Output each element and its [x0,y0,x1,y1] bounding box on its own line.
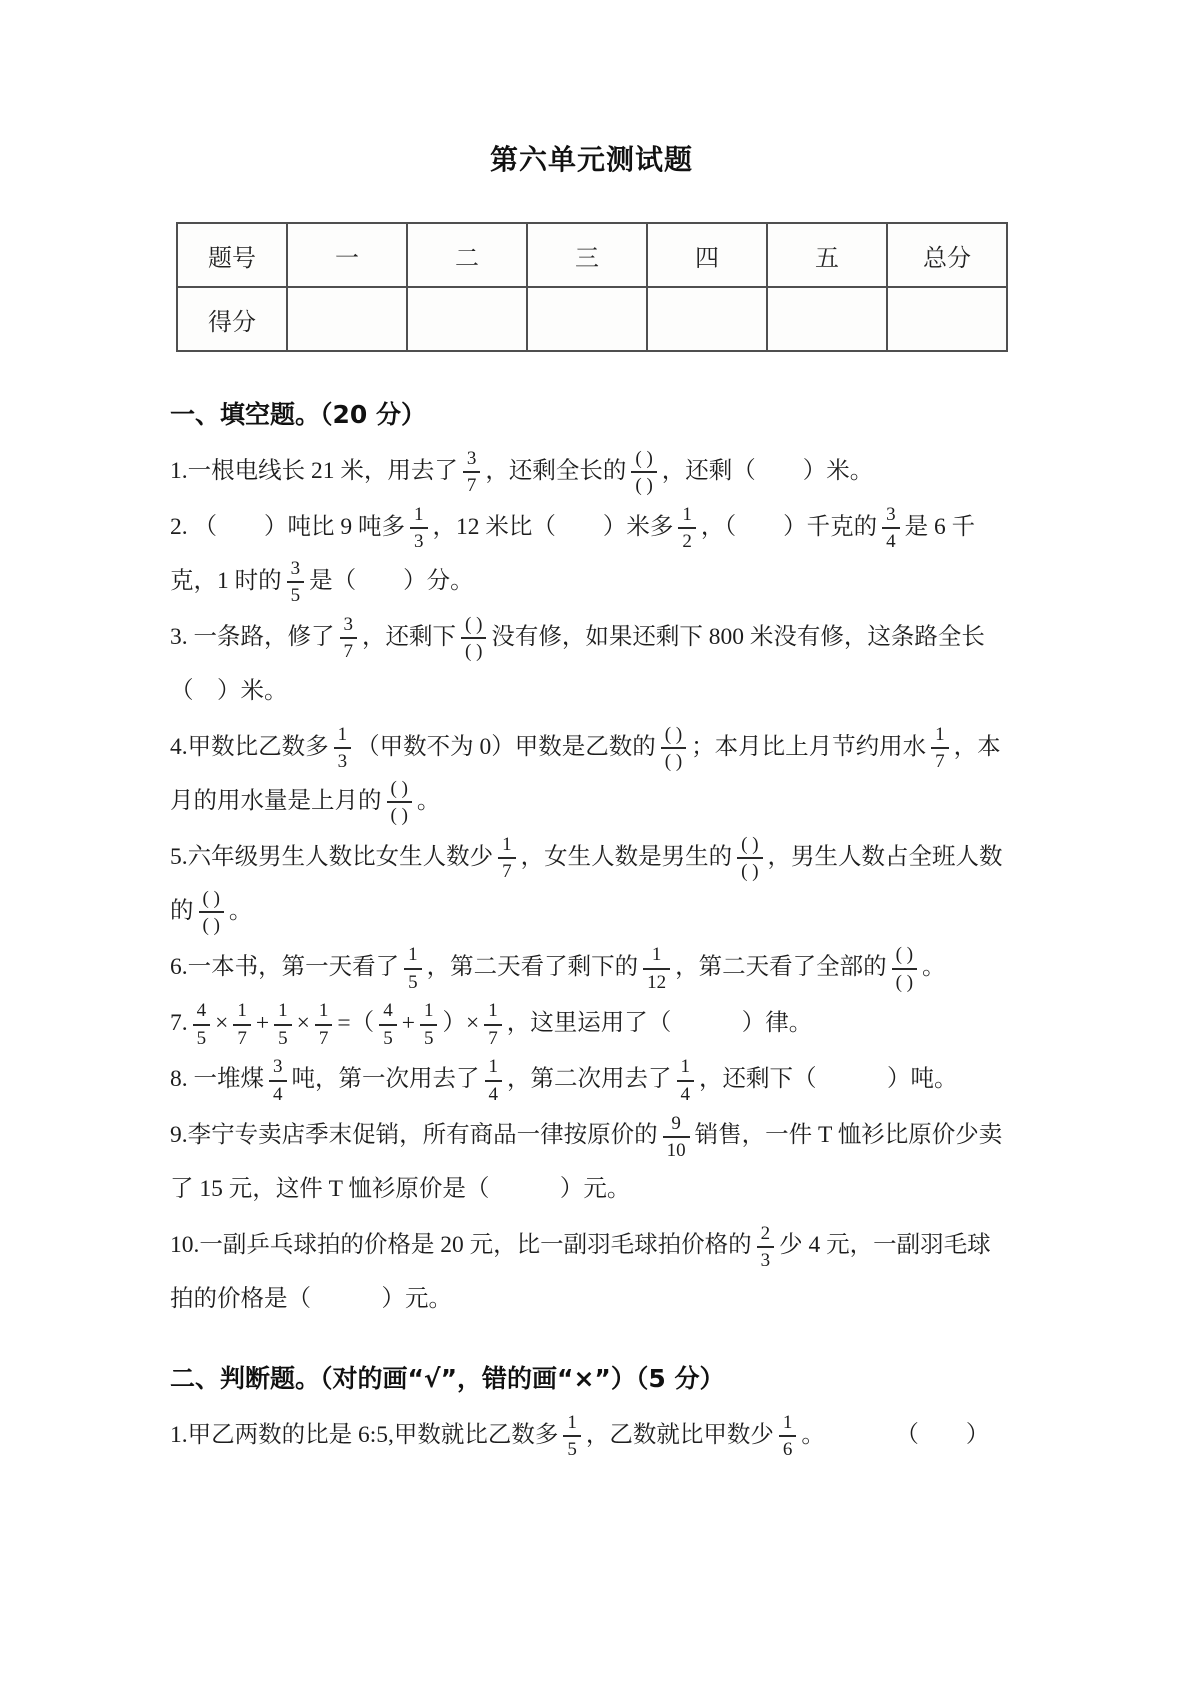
fraction: 12 [678,503,696,553]
fraction-denominator: 4 [677,1082,695,1106]
question-text: =（ [337,1010,374,1036]
question: 9.李宁专卖店季末促销，所有商品一律按原价的910销售，一件 T 恤衫比原价少卖… [170,1108,1013,1216]
fraction: 15 [420,999,438,1049]
score-table-header-cell: 总分 [887,223,1007,287]
score-table-header-cell: 一 [287,223,407,287]
fraction-denominator: 7 [498,859,516,883]
fraction: 13 [410,503,428,553]
fraction-numerator: 1 [643,943,670,969]
fraction: ( )( ) [737,833,762,883]
fraction: 17 [233,999,251,1049]
question-text: 5.六年级男生人数比女生人数少 [170,844,493,870]
fraction-numerator: 9 [663,1112,690,1138]
fraction-denominator: ( ) [461,639,486,663]
question-text: 。 [417,788,441,814]
fraction-numerator: 3 [340,613,358,639]
fraction: 35 [287,557,305,607]
question-text: ，还剩下（ ）吨。 [699,1066,958,1092]
fraction-numerator: 1 [410,503,428,529]
question-text: ，第二次用去了 [507,1066,672,1092]
question-text: 。 [922,954,946,980]
question-text: 7. [170,1010,188,1036]
score-cell-empty [767,287,887,351]
fraction-denominator: 4 [485,1082,503,1106]
fraction: 37 [340,613,358,663]
fraction: 17 [931,723,949,773]
fraction: 112 [643,943,670,993]
question-text: × [297,1010,310,1036]
fraction-denominator: 3 [334,749,352,773]
page-title: 第六单元测试题 [170,138,1013,178]
fraction-numerator: ( ) [892,943,917,969]
question: 4.甲数比乙数多13（甲数不为 0）甲数是乙数的( )( )；本月比上月节约用水… [170,720,1013,828]
question: 8. 一堆煤34吨，第一次用去了14，第二次用去了14，还剩下（ ）吨。 [170,1052,1013,1106]
score-table-header-cell: 五 [767,223,887,287]
fraction-numerator: 4 [193,999,211,1025]
fraction-numerator: ( ) [631,447,656,473]
fraction-numerator: 1 [563,1411,581,1437]
fraction: ( )( ) [461,613,486,663]
fraction-numerator: 3 [463,447,481,473]
question-text: 。 [229,898,253,924]
questions-area: 一、填空题。（20 分）1.一根电线长 21 米，用去了37，还剩全长的( )(… [170,396,1013,1462]
fraction-numerator: 2 [757,1222,775,1248]
fraction: ( )( ) [387,777,412,827]
fraction: 16 [779,1411,797,1461]
fraction-denominator: ( ) [737,859,762,883]
fraction: 45 [379,999,397,1049]
fraction: ( )( ) [661,723,686,773]
fraction-numerator: ( ) [661,723,686,749]
fraction-numerator: 1 [677,1055,695,1081]
fraction: ( )( ) [892,943,917,993]
question-text: （甲数不为 0）甲数是乙数的 [356,734,656,760]
fraction-numerator: ( ) [737,833,762,859]
fraction-denominator: 4 [269,1082,287,1106]
question-text: + [402,1010,415,1036]
score-cell-empty [407,287,527,351]
question-text: ，12 米比（ ）米多 [433,514,674,540]
question: 10.一副乒乓球拍的价格是 20 元，比一副羽毛球拍价格的23少 4 元，一副羽… [170,1218,1013,1326]
question-text: ，还剩（ ）米。 [662,458,874,484]
fraction-numerator: ( ) [461,613,486,639]
fraction-numerator: ( ) [387,777,412,803]
score-cell-empty [287,287,407,351]
question-text: ，女生人数是男生的 [521,844,733,870]
fraction-numerator: 1 [485,1055,503,1081]
question-text: + [256,1010,269,1036]
fraction-denominator: 6 [779,1437,797,1461]
score-table-header-cell: 题号 [177,223,287,287]
fraction-denominator: 5 [274,1026,292,1050]
question-text: 1.一根电线长 21 米，用去了 [170,458,458,484]
score-cell-empty [647,287,767,351]
fraction-denominator: 7 [315,1026,333,1050]
fraction-numerator: 1 [420,999,438,1025]
fraction-numerator: 3 [882,503,900,529]
question: 3. 一条路，修了37，还剩下( )( )没有修，如果还剩下 800 米没有修，… [170,610,1013,718]
fraction-denominator: 10 [663,1138,690,1162]
fraction-denominator: 5 [404,970,422,994]
fraction: 34 [882,503,900,553]
fraction-numerator: 1 [931,723,949,749]
question-text: ，（ ）千克的 [701,514,877,540]
question-text: 。 （ ） [801,1422,989,1448]
question-text: × [215,1010,228,1036]
fraction-numerator: 1 [779,1411,797,1437]
fraction-denominator: ( ) [661,749,686,773]
question-text: 6.一本书，第一天看了 [170,954,399,980]
fraction-denominator: 3 [757,1248,775,1272]
fraction-numerator: 1 [678,503,696,529]
question-text: ，这里运用了（ ）律。 [507,1010,813,1036]
fraction: 13 [334,723,352,773]
question: 2. （ ）吨比 9 吨多13，12 米比（ ）米多12，（ ）千克的34是 6… [170,500,1013,608]
fraction-numerator: 1 [274,999,292,1025]
fraction-denominator: 7 [931,749,949,773]
question: 6.一本书，第一天看了15，第二天看了剩下的112，第二天看了全部的( )( )… [170,940,1013,994]
fraction-numerator: ( ) [199,887,224,913]
score-cell-empty [527,287,647,351]
question-text: 吨，第一次用去了 [292,1066,480,1092]
fraction-numerator: 1 [233,999,251,1025]
fraction: 15 [274,999,292,1049]
score-table-body: 题号一二三四五总分得分 [177,223,1007,351]
fraction-denominator: 7 [233,1026,251,1050]
question-text: 9.李宁专卖店季末促销，所有商品一律按原价的 [170,1122,658,1148]
fraction-numerator: 1 [315,999,333,1025]
fraction: 15 [563,1411,581,1461]
question-text: 1.甲乙两数的比是 6:5,甲数就比乙数多 [170,1422,558,1448]
score-table-header-row: 题号一二三四五总分 [177,223,1007,287]
score-table-score-row: 得分 [177,287,1007,351]
question-text: 是（ ）分。 [309,568,474,594]
fraction-denominator: 7 [340,639,358,663]
fraction-numerator: 3 [287,557,305,583]
fraction: 45 [193,999,211,1049]
fraction-denominator: 12 [643,970,670,994]
fraction: 17 [484,999,502,1049]
fraction-denominator: 5 [563,1437,581,1461]
question-text: ；本月比上月节约用水 [691,734,926,760]
score-table-header-cell: 四 [647,223,767,287]
fraction-denominator: 4 [882,529,900,553]
score-table: 题号一二三四五总分得分 [176,222,1008,352]
fraction: 34 [269,1055,287,1105]
fraction-denominator: 7 [463,473,481,497]
question-text: ）× [442,1010,479,1036]
question: 1.一根电线长 21 米，用去了37，还剩全长的( )( )，还剩（ ）米。 [170,444,1013,498]
question-text: 4.甲数比乙数多 [170,734,329,760]
question-text: ，第二天看了全部的 [675,954,887,980]
score-cell-empty [887,287,1007,351]
fraction: 910 [663,1112,690,1162]
question-text: 8. 一堆煤 [170,1066,264,1092]
question-text: 3. 一条路，修了 [170,624,335,650]
fraction-denominator: 3 [410,529,428,553]
fraction: ( )( ) [631,447,656,497]
fraction: 17 [315,999,333,1049]
question: 5.六年级男生人数比女生人数少17，女生人数是男生的( )( )，男生人数占全班… [170,830,1013,938]
question-text: ，第二天看了剩下的 [427,954,639,980]
fraction-denominator: 7 [484,1026,502,1050]
question-text: ，还剩下 [362,624,456,650]
fraction-denominator: ( ) [387,803,412,827]
section-heading: 二、判断题。（对的画“√”，错的画“×”）（5 分） [170,1360,1013,1398]
document-page: 第六单元测试题 题号一二三四五总分得分 一、填空题。（20 分）1.一根电线长 … [0,0,1191,1684]
question-text: 10.一副乒乓球拍的价格是 20 元，比一副羽毛球拍价格的 [170,1232,752,1258]
question-text: ，还剩全长的 [485,458,626,484]
score-table-header-cell: 三 [527,223,647,287]
question-text: ，乙数就比甲数少 [586,1422,774,1448]
fraction-numerator: 3 [269,1055,287,1081]
fraction-numerator: 1 [498,833,516,859]
fraction-denominator: 2 [678,529,696,553]
fraction: 37 [463,447,481,497]
fraction-denominator: 5 [379,1026,397,1050]
section-heading: 一、填空题。（20 分） [170,396,1013,434]
fraction-denominator: ( ) [631,473,656,497]
fraction: 15 [404,943,422,993]
fraction: ( )( ) [199,887,224,937]
fraction-numerator: 1 [334,723,352,749]
fraction-numerator: 1 [404,943,422,969]
fraction: 17 [498,833,516,883]
score-row-label: 得分 [177,287,287,351]
fraction-denominator: 5 [287,583,305,607]
fraction-numerator: 1 [484,999,502,1025]
fraction: 14 [485,1055,503,1105]
fraction-denominator: 5 [420,1026,438,1050]
question: 1.甲乙两数的比是 6:5,甲数就比乙数多15，乙数就比甲数少16。 （ ） [170,1408,1013,1462]
fraction: 14 [677,1055,695,1105]
fraction-denominator: ( ) [892,970,917,994]
score-table-header-cell: 二 [407,223,527,287]
fraction-denominator: 5 [193,1026,211,1050]
question-text: 2. （ ）吨比 9 吨多 [170,514,405,540]
question: 7.45×17+15×17=（45+15）×17，这里运用了（ ）律。 [170,996,1013,1050]
fraction: 23 [757,1222,775,1272]
fraction-denominator: ( ) [199,913,224,937]
fraction-numerator: 4 [379,999,397,1025]
